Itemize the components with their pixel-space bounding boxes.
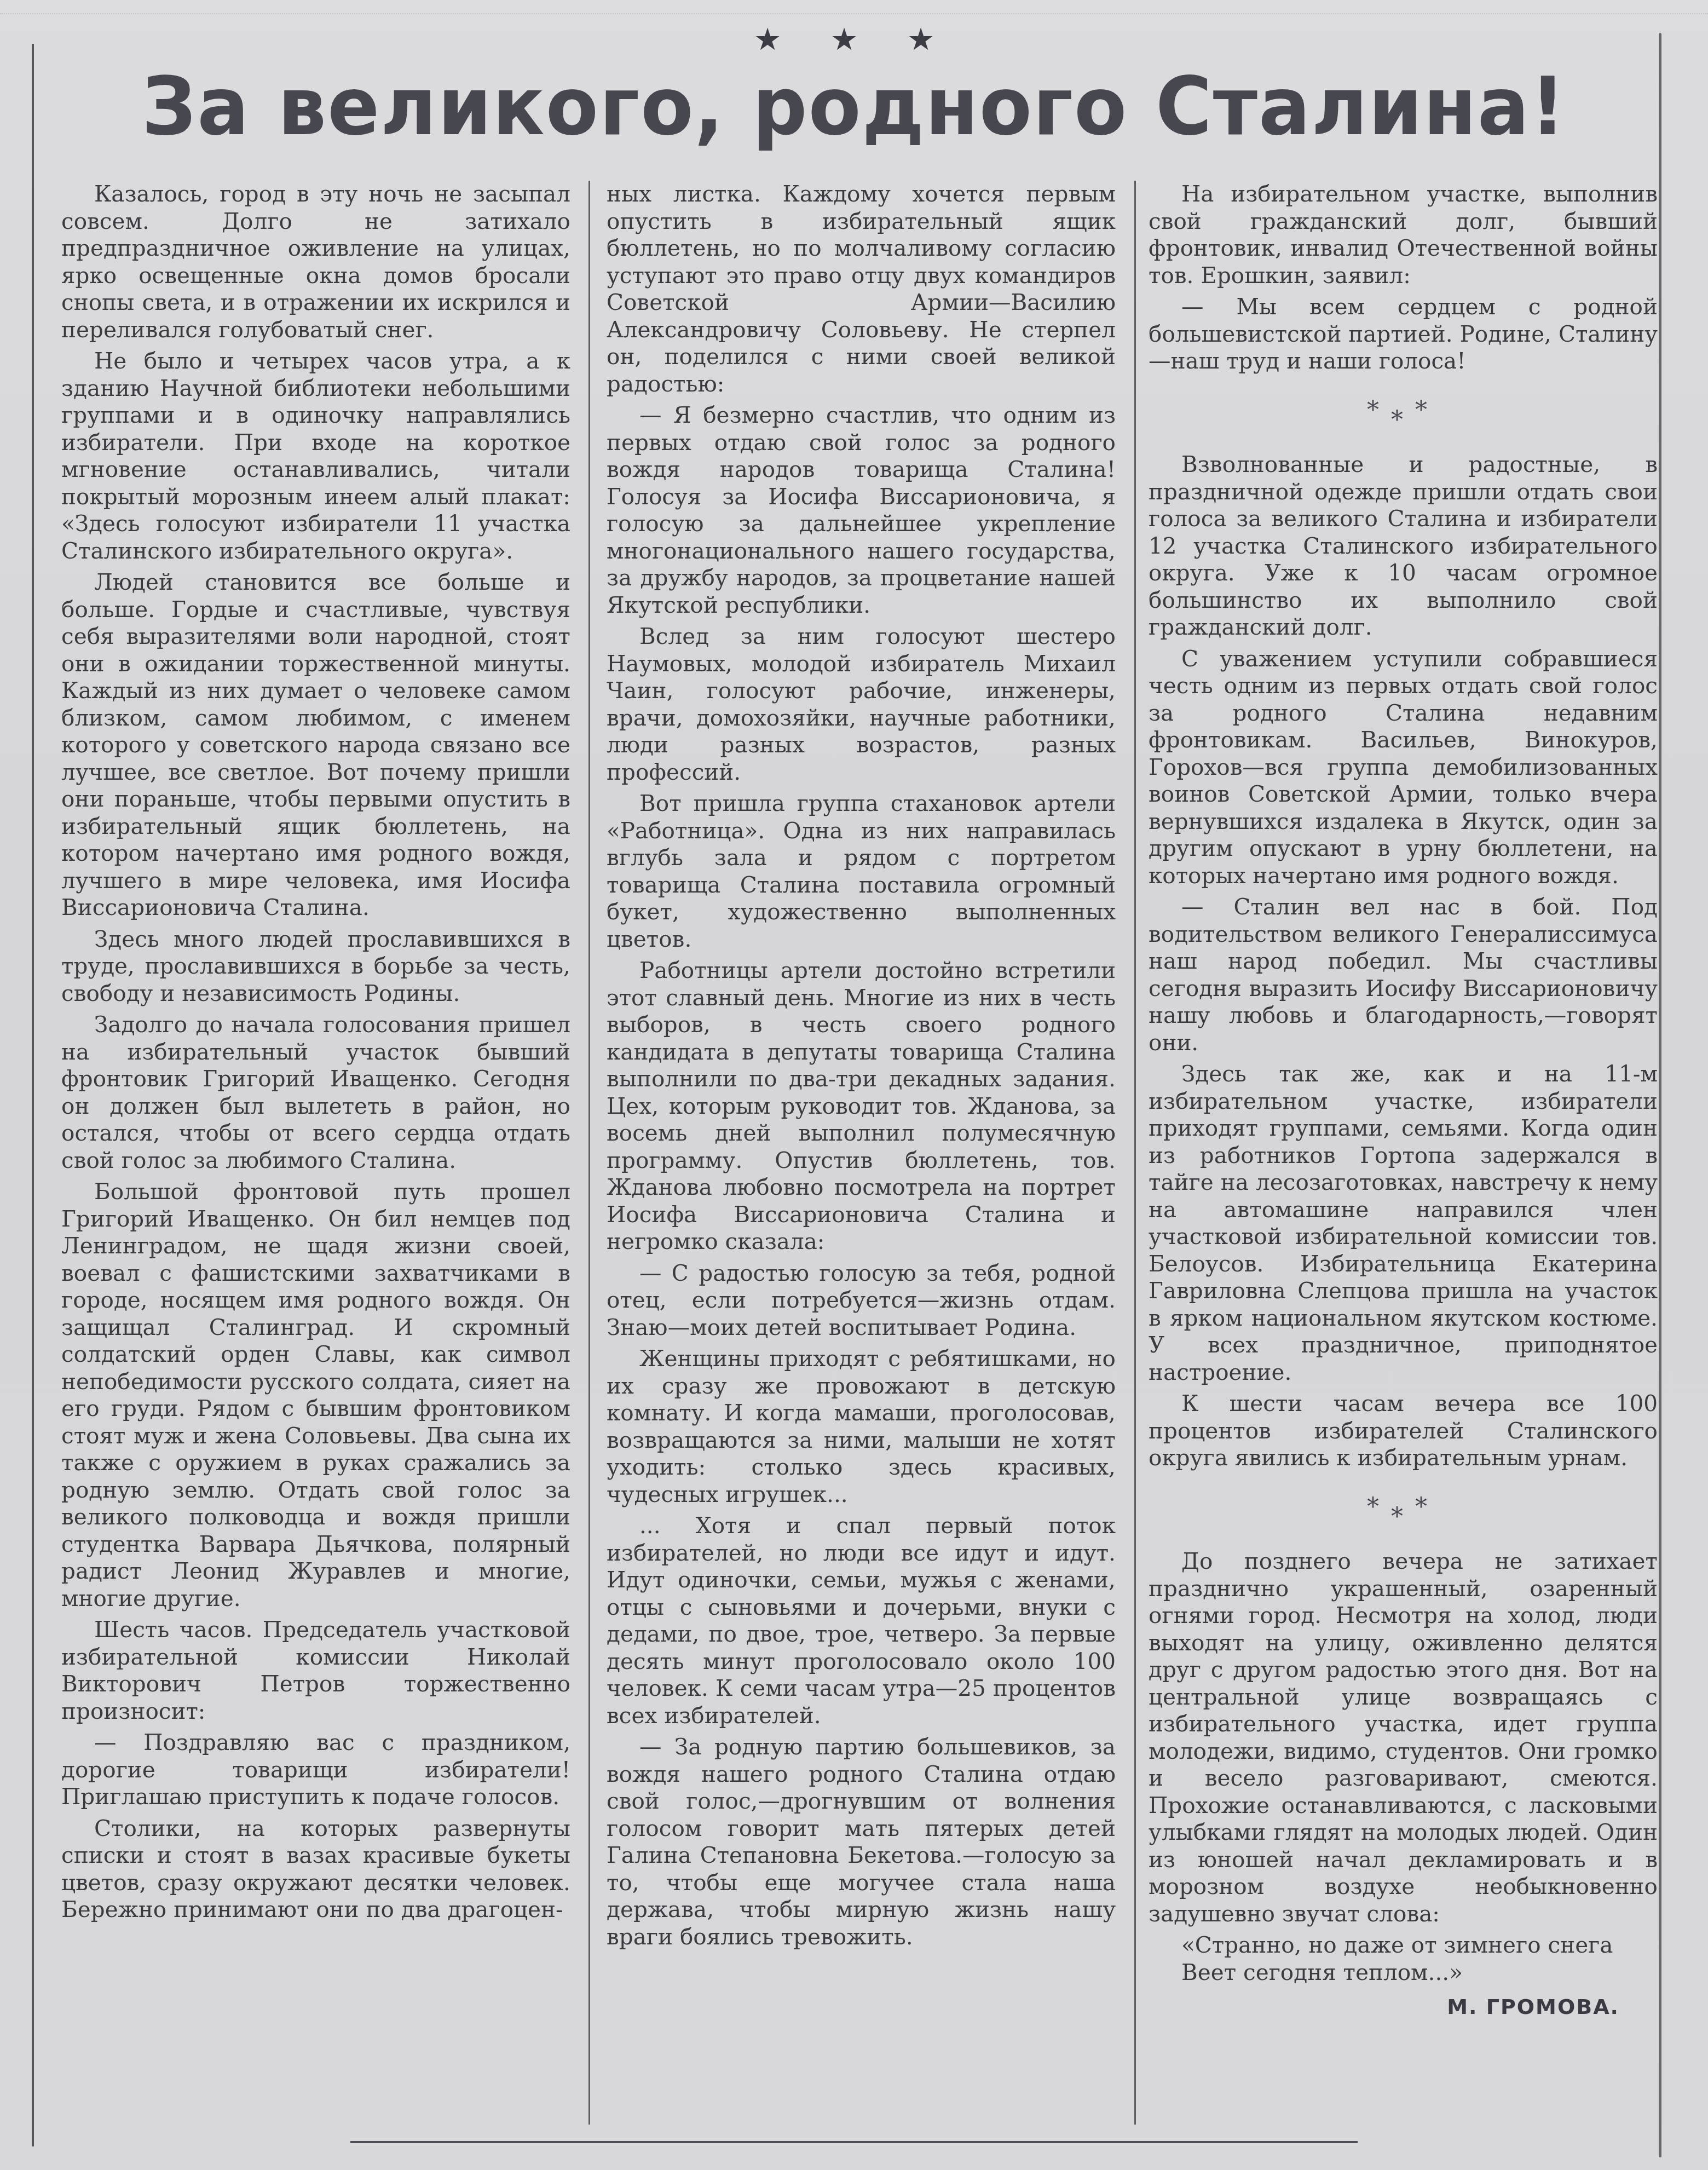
quote-paragraph: — Я безмерно счастлив, что одним из перв… [607, 402, 1116, 619]
paragraph: Казалось, город в эту ночь не засыпал со… [61, 181, 570, 343]
paragraph: Вслед за ним голосуют шестеро Наумовых, … [607, 623, 1116, 786]
paragraph: Здесь много людей прославившихся в труде… [61, 926, 570, 1008]
paragraph: Людей становится все больше и больше. Го… [61, 569, 570, 922]
page-border-right [1659, 33, 1661, 2157]
asterisk-icon: * [1367, 396, 1391, 424]
paragraph: Работницы артели достойно встретили этот… [607, 957, 1116, 1256]
asterisk-icon: * [1391, 406, 1415, 434]
paragraph: Взволнованные и радостные, в праздничной… [1149, 451, 1658, 641]
quote-paragraph: — С радостью голосую за тебя, родной оте… [607, 1260, 1116, 1342]
poem-quote: «Странно, но даже от зимнего снега Веет … [1149, 1932, 1658, 1986]
paragraph: ... Хотя и спал первый поток избирателей… [607, 1512, 1116, 1729]
asterisk-icon: * [1415, 396, 1439, 424]
poem-line: «Странно, но даже от зимнего снега [1149, 1932, 1658, 1959]
paragraph: К шести часам вечера все 100 процентов и… [1149, 1390, 1658, 1472]
section-separator: *** [1149, 1494, 1658, 1521]
asterisk-icon: * [1367, 1493, 1391, 1521]
article-column-1: Казалось, город в эту ночь не засыпал со… [61, 181, 570, 2130]
column-divider [588, 181, 590, 2125]
paragraph: Женщины приходят с ребятишками, но их ср… [607, 1345, 1116, 1508]
asterisk-icon: * [1415, 1493, 1439, 1521]
bottom-rule [350, 2141, 1358, 2143]
author-signature: М. ГРОМОВА. [1149, 1994, 1658, 2021]
column-divider [1134, 181, 1136, 2125]
paragraph: С уважением уступили собравшиеся честь о… [1149, 646, 1658, 890]
paragraph: Большой фронтовой путь прошел Григорий И… [61, 1178, 570, 1612]
paragraph: До позднего вечера не затихает праздничн… [1149, 1548, 1658, 1927]
paragraph: ных листка. Каждому хочется первым опуст… [607, 181, 1116, 398]
article-headline: За великого, родного Сталина! [34, 60, 1674, 153]
paragraph: Не было и четырех часов утра, а к зданию… [61, 348, 570, 565]
poem-line: Веет сегодня теплом...» [1149, 1959, 1658, 1987]
previous-article-fragment [0, 0, 1708, 14]
article-column-3: На избирательном участке, выполнив свой … [1149, 181, 1658, 2130]
stars-ornament-icon: ★ ★ ★ [0, 22, 1708, 57]
quote-paragraph: — Сталин вел нас в бой. Под водительство… [1149, 894, 1658, 1056]
quote-paragraph: — За родную партию большевиков, за вождя… [607, 1734, 1116, 1950]
quote-paragraph: — Мы всем сердцем с родной большевистско… [1149, 293, 1658, 375]
page-border-left [32, 44, 34, 2146]
asterisk-icon: * [1391, 1503, 1415, 1531]
paragraph: Столики, на которых развернуты списки и … [61, 1815, 570, 1924]
article-column-2: ных листка. Каждому хочется первым опуст… [607, 181, 1116, 2130]
quote-paragraph: — Поздравляю вас с праздником, дорогие т… [61, 1729, 570, 1811]
paragraph: Здесь так же, как и на 11-м избирательно… [1149, 1061, 1658, 1386]
section-separator: *** [1149, 397, 1658, 424]
paragraph: Шесть часов. Председатель участковой изб… [61, 1616, 570, 1725]
paragraph: Вот пришла группа стахановок артели «Раб… [607, 790, 1116, 953]
newspaper-page: ★ ★ ★ За великого, родного Сталина! Каза… [0, 0, 1708, 2170]
paragraph: Задолго до начала голосования пришел на … [61, 1011, 570, 1174]
paragraph: На избирательном участке, выполнив свой … [1149, 181, 1658, 289]
